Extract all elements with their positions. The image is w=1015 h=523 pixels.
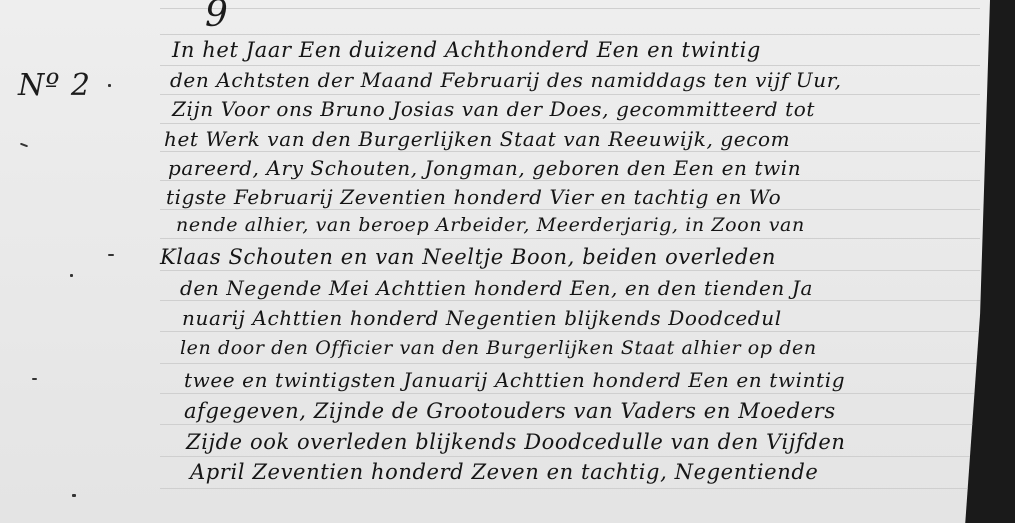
text-line-12: twee en twintigsten Januarij Achttien ho… <box>184 368 845 392</box>
ruled-line <box>160 270 980 271</box>
ruled-line <box>160 424 980 425</box>
ink-speck <box>108 254 114 256</box>
ruled-line <box>160 8 980 9</box>
ruled-line <box>160 65 980 66</box>
text-line-11: len door den Officier van den Burgerlijk… <box>180 337 817 359</box>
ruled-line <box>160 238 980 239</box>
registry-page: 9 Nº 2 In het Jaar Een duizend Achthonde… <box>0 0 990 523</box>
ink-speck <box>70 274 73 277</box>
ruled-line <box>160 456 980 457</box>
text-line-13: afgegeven, Zijnde de Grootouders van Vad… <box>184 399 836 423</box>
ruled-line <box>160 209 980 210</box>
ink-speck <box>20 143 28 148</box>
text-line-1: In het Jaar Een duizend Achthonderd Een … <box>172 38 761 62</box>
entry-number: Nº 2 <box>18 68 91 103</box>
ink-speck <box>108 84 111 87</box>
ruled-line <box>160 180 980 181</box>
text-line-3: Zijn Voor ons Bruno Josias van der Does,… <box>172 97 815 121</box>
text-line-10: nuarij Achttien honderd Negentien blijke… <box>182 306 782 330</box>
ruled-line <box>160 34 980 35</box>
text-line-6: tigste Februarij Zeventien honderd Vier … <box>166 185 781 209</box>
ink-speck <box>32 378 37 380</box>
ruled-line <box>160 151 980 152</box>
ruled-line <box>160 331 980 332</box>
text-line-5: pareerd, Ary Schouten, Jongman, geboren … <box>168 156 801 180</box>
top-mark: 9 <box>205 0 228 35</box>
ruled-line <box>160 363 980 364</box>
text-line-4: het Werk van den Burgerlijken Staat van … <box>164 127 790 151</box>
text-line-15: April Zeventien honderd Zeven en tachtig… <box>190 460 818 484</box>
ruled-line <box>160 123 980 124</box>
ruled-line <box>160 94 980 95</box>
text-line-9: den Negende Mei Achttien honderd Een, en… <box>180 276 813 300</box>
text-line-8: Klaas Schouten en van Neeltje Boon, beid… <box>160 245 776 269</box>
ink-speck <box>72 494 76 497</box>
ruled-line <box>160 300 980 301</box>
ruled-line <box>160 488 980 489</box>
text-line-14: Zijde ook overleden blijkends Doodcedull… <box>186 430 846 454</box>
text-line-2: den Achtsten der Maand Februarij des nam… <box>170 68 842 92</box>
ruled-line <box>160 393 980 394</box>
text-line-7: nende alhier, van beroep Arbeider, Meerd… <box>176 214 805 236</box>
